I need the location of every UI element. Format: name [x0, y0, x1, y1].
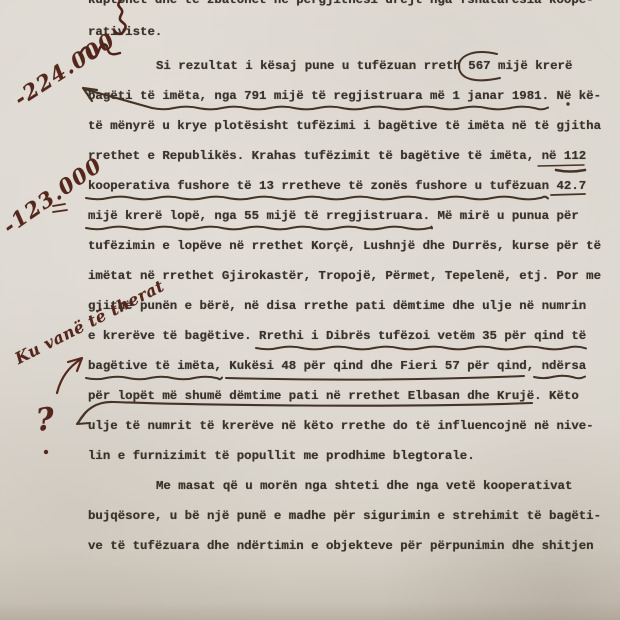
- typescript-line-15: ulje të numrit të krerëve në këto rrethe…: [88, 416, 594, 436]
- typescript-line-6: rrethet e Republikës. Krahas tufëzimit t…: [88, 146, 586, 166]
- margin-question-mark: ?: [34, 401, 56, 439]
- typescript-line-8: mijë krerë lopë, nga 55 mijë të rregjist…: [88, 206, 579, 226]
- typescript-line-9: tufëzimin e lopëve në rrethet Korçë, Lus…: [88, 236, 601, 256]
- typescript-line-19: ve të tufëzuara dhe ndërtimin e objektev…: [88, 536, 594, 556]
- typescript-line-14: për lopët më shumë dëmtime pati në rreth…: [88, 386, 579, 406]
- typescript-line-18: bujqësore, u bë një punë e madhe për sig…: [88, 506, 601, 526]
- typescript-line-17: Me masat që u morën nga shteti dhe nga v…: [156, 476, 572, 496]
- typescript-line-1: kuptohet dhe të zbatohet në përgjithësi …: [88, 0, 594, 10]
- typescript-line-4: bagëti të imëta, nga 791 mijë të regjist…: [88, 86, 601, 106]
- typescript-line-16: lin e furnizimit të popullit me prodhime…: [88, 446, 475, 466]
- typescript-line-13: bagëtive të imëta, Kukësi 48 për qind dh…: [88, 356, 586, 376]
- typescript-line-12: e krerëve të bagëtive. Rrethi i Dibrës t…: [88, 326, 586, 346]
- typescript-line-3: Si rezultat i kësaj pune u tufëzuan rret…: [156, 56, 572, 76]
- typescript-line-11: gjithë punën e bërë, në disa rrethe pati…: [88, 296, 586, 316]
- typescript-line-5: të mënyrë u krye plotësisht tufëzimi i b…: [88, 116, 601, 136]
- typescript-line-10: imëtat në rrethet Gjirokastër, Tropojë, …: [88, 266, 601, 286]
- typescript-line-7: kooperativa fushore të 13 rretheve të zo…: [88, 176, 586, 196]
